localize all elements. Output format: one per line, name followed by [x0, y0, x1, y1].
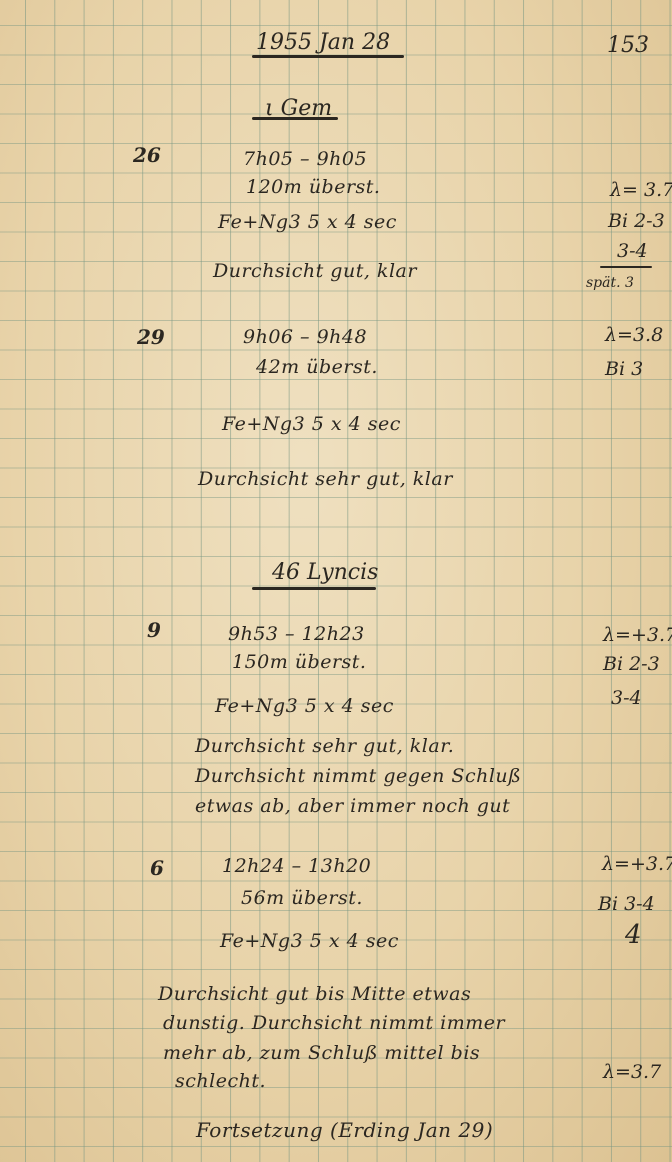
side-value: Bi 3 — [605, 360, 643, 379]
observation-note: Durchsicht gut, klar — [213, 262, 417, 281]
side-value: 3-4 — [617, 242, 648, 261]
time-range: 9h06 – 9h48 — [243, 328, 367, 347]
observation-note: dunstig. Durchsicht nimmt immer — [163, 1014, 505, 1033]
exposure-duration: 120m überst. — [246, 178, 380, 197]
plate-number: 29 — [137, 327, 165, 347]
plate-number: 26 — [133, 145, 161, 165]
side-value: 4 — [625, 922, 642, 948]
side-value: Bi 2-3 — [608, 212, 665, 231]
instrument-setup: Fe+Ng3 5 x 4 sec — [215, 697, 394, 716]
plate-number: 6 — [150, 858, 164, 878]
side-value: spät. 3 — [586, 276, 634, 290]
instrument-setup: Fe+Ng3 5 x 4 sec — [218, 213, 397, 232]
side-value: λ=3.8 — [605, 326, 663, 345]
observation-note: Durchsicht gut bis Mitte etwas — [158, 985, 471, 1004]
side-value: Bi 3-4 — [598, 895, 655, 914]
section-underline — [252, 587, 376, 590]
side-underline — [600, 266, 652, 268]
exposure-duration: 150m überst. — [232, 653, 366, 672]
observation-note: Durchsicht nimmt gegen Schluß — [195, 767, 521, 786]
observation-note: Durchsicht sehr gut, klar. — [195, 737, 454, 756]
side-value: 3-4 — [611, 689, 642, 708]
side-value: Bi 2-3 — [603, 655, 660, 674]
observation-note: etwas ab, aber immer noch gut — [195, 797, 510, 816]
plate-number: 9 — [147, 620, 161, 640]
time-range: 12h24 – 13h20 — [222, 857, 371, 876]
side-value: λ=3.7 — [603, 1063, 661, 1082]
instrument-setup: Fe+Ng3 5 x 4 sec — [222, 415, 401, 434]
page-number: 153 — [607, 35, 649, 57]
continuation-note: Fortsetzung (Erding Jan 29) — [196, 1120, 493, 1140]
time-range: 9h53 – 12h23 — [228, 625, 365, 644]
observation-note: Durchsicht sehr gut, klar — [198, 470, 453, 489]
exposure-duration: 56m überst. — [241, 889, 363, 908]
side-value: λ=+3.7 — [603, 626, 672, 645]
instrument-setup: Fe+Ng3 5 x 4 sec — [220, 932, 399, 951]
date-underline — [252, 55, 404, 58]
section-heading: 46 Lyncis — [272, 562, 378, 584]
side-value: λ=+3.7 — [602, 855, 672, 874]
observation-note: schlecht. — [175, 1072, 266, 1091]
section-underline — [252, 117, 338, 120]
side-value: λ= 3.7 — [610, 181, 672, 200]
observation-note: mehr ab, zum Schluß mittel bis — [163, 1044, 480, 1063]
entry-date: 1955 Jan 28 — [256, 32, 390, 54]
time-range: 7h05 – 9h05 — [243, 150, 367, 169]
exposure-duration: 42m überst. — [256, 358, 378, 377]
